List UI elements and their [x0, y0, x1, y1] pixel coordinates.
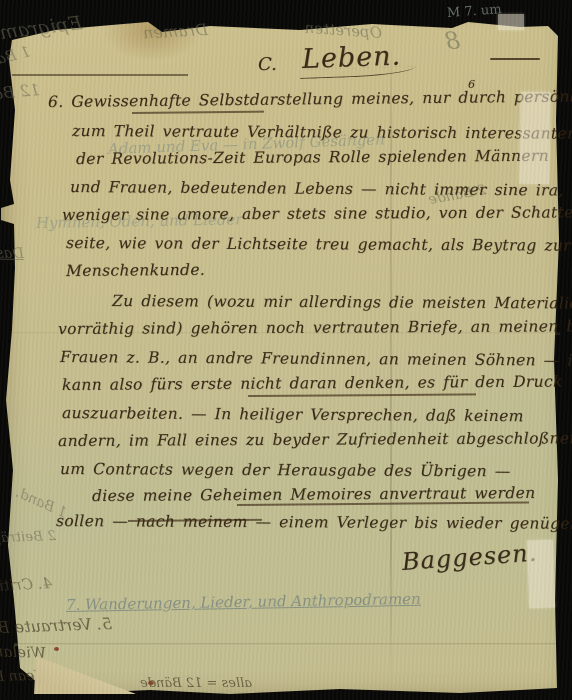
- manuscript-line: seite, wie von der Lichtseite treu gemac…: [66, 234, 571, 255]
- manuscript-line: Frauen z. B., an andre Freundinnen, an m…: [60, 348, 572, 370]
- ink-spot: [54, 647, 59, 651]
- tape-repair: [519, 92, 551, 185]
- bleed-text: Jean Paul, und andere — 2 Bände.: [0, 668, 40, 688]
- manuscript-line: andern, im Fall eines zu beyder Zufriede…: [58, 429, 572, 450]
- manuscript-line: Menschenkunde.: [66, 261, 205, 280]
- manuscript-line: weniger sine amore, aber stets sine stud…: [62, 203, 572, 224]
- ink-spot: [148, 681, 154, 685]
- manuscript-line: und Frauen, bedeutenden Lebens — nicht i…: [70, 178, 572, 200]
- tape-repair: [498, 14, 524, 30]
- manuscript-line: um Contracts wegen der Herausgabe des Üb…: [60, 460, 511, 480]
- manuscript-line: kann also fürs erste nicht daran denken,…: [62, 373, 563, 394]
- manuscript-line: sollen — nach meinem — einem Verleger bi…: [56, 512, 572, 533]
- bleed-page-number: 8: [443, 26, 461, 55]
- scan-background: Epigramme Dramen Operetten 1 Band 12 Bän…: [0, 0, 572, 700]
- bleed-text: Dramen: [143, 20, 209, 42]
- tape-repair: [527, 540, 555, 609]
- manuscript-line: vorräthig sind) gehören noch vertrauten …: [58, 317, 572, 338]
- manuscript-line: Zu diesem (wozu mir allerdings die meist…: [112, 292, 572, 312]
- manuscript-line: auszuarbeiten. — In heiliger Versprechen…: [62, 404, 524, 425]
- horizontal-crease: [14, 643, 556, 646]
- bleed-text: alles = 12 Bände: [140, 676, 252, 691]
- title-dash: [490, 58, 540, 60]
- section-letter: C.: [258, 54, 277, 75]
- manuscript-line: der Revolutions-Zeit Europas Rolle spiel…: [76, 147, 549, 168]
- corner-annotation: M 7. um: [446, 2, 502, 21]
- manuscript-line: zum Theil vertraute Verhältniße zu histo…: [72, 122, 572, 143]
- bleed-underline: [12, 74, 188, 76]
